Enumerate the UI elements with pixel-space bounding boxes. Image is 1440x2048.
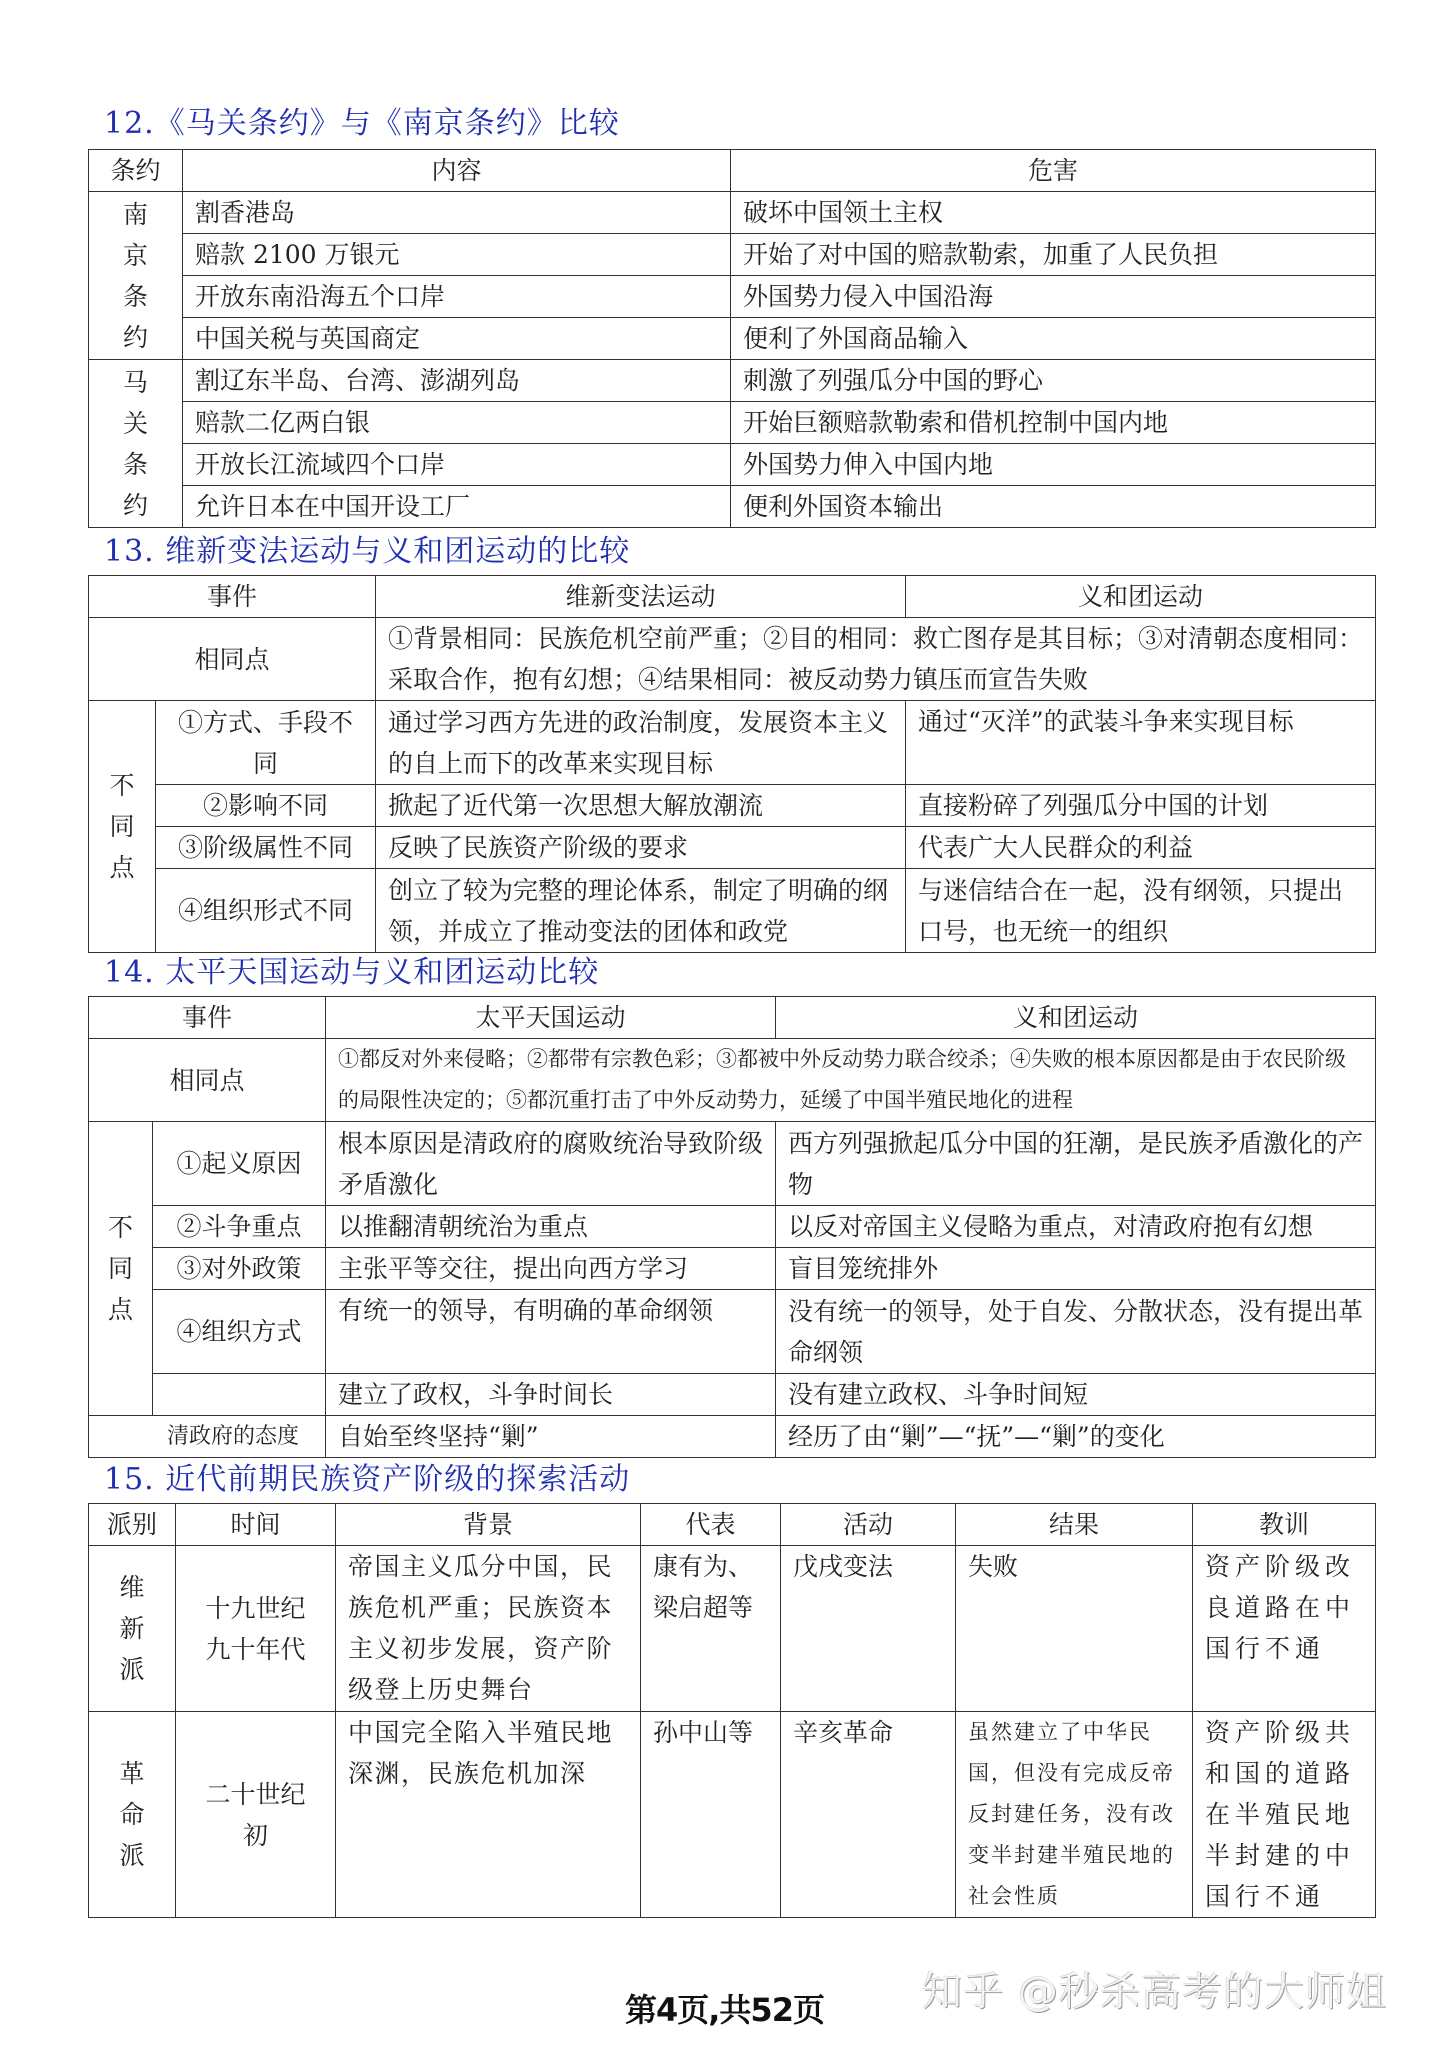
diff-points-label: 不 同 点 xyxy=(89,701,156,953)
header-event: 事件 xyxy=(89,997,326,1039)
aspect-cell: ①方式、手段不同 xyxy=(156,701,376,785)
table-row: 不 同 点 ①起义原因 根本原因是清政府的腐败统治导致阶级矛盾激化 西方列强掀起… xyxy=(89,1122,1376,1206)
section-14-title: 14. 太平天国运动与义和团运动比较 xyxy=(104,955,599,991)
content-cell: 允许日本在中国开设工厂 xyxy=(183,486,731,528)
aspect-cell: ②影响不同 xyxy=(156,785,376,827)
harm-cell: 便利了外国商品输入 xyxy=(731,318,1376,360)
boxer-cell: 西方列强掀起瓜分中国的狂潮，是民族矛盾激化的产物 xyxy=(776,1122,1376,1206)
background-cell: 中国完全陷入半殖民地深渊，民族危机加深 xyxy=(336,1712,641,1918)
aspect-cell xyxy=(153,1374,326,1416)
table-row: ④组织方式 有统一的领导，有明确的革命纲领 没有统一的领导，处于自发、分散状态，… xyxy=(89,1290,1376,1374)
header-faction: 派别 xyxy=(89,1504,176,1546)
header-reform: 维新变法运动 xyxy=(376,576,906,618)
table-row: ②影响不同 掀起了近代第一次思想大解放潮流 直接粉碎了列强瓜分中国的计划 xyxy=(89,785,1376,827)
content-cell: 割辽东半岛、台湾、澎湖列岛 xyxy=(183,360,731,402)
reform-cell: 创立了较为完整的理论体系，制定了明确的纲领，并成立了推动变法的团体和政党 xyxy=(376,869,906,953)
page-indicator: 第4页,共52页 xyxy=(625,1985,824,2031)
aspect-cell: ③对外政策 xyxy=(153,1248,326,1290)
boxer-cell: 经历了由“剿”—“抚”—“剿”的变化 xyxy=(776,1416,1376,1458)
taiping-vs-boxer-table: 事件 太平天国运动 义和团运动 相同点 ①都反对外来侵略；②都带有宗教色彩；③都… xyxy=(88,996,1376,1458)
content-cell: 中国关税与英国商定 xyxy=(183,318,731,360)
boxer-cell: 以反对帝国主义侵略为重点，对清政府抱有幻想 xyxy=(776,1206,1376,1248)
header-boxer: 义和团运动 xyxy=(906,576,1376,618)
table-row: ②斗争重点 以推翻清朝统治为重点 以反对帝国主义侵略为重点，对清政府抱有幻想 xyxy=(89,1206,1376,1248)
boxer-cell: 通过“灭洋”的武装斗争来实现目标 xyxy=(906,701,1376,785)
header-content: 内容 xyxy=(183,150,731,192)
faction-cell-revolutionaries: 革 命 派 xyxy=(89,1712,176,1918)
header-result: 结果 xyxy=(956,1504,1193,1546)
boxer-cell: 盲目笼统排外 xyxy=(776,1248,1376,1290)
reform-cell: 反映了民族资产阶级的要求 xyxy=(376,827,906,869)
background-cell: 帝国主义瓜分中国，民族危机严重；民族资本主义初步发展，资产阶级登上历史舞台 xyxy=(336,1546,641,1712)
time-cell: 十九世纪九十年代 xyxy=(176,1546,336,1712)
zhihu-watermark: 知乎 @秒杀高考的大师姐 xyxy=(922,1960,1387,2017)
same-points-label: 相同点 xyxy=(89,1039,326,1122)
table-row: 南 京 条 约 割香港岛 破坏中国领土主权 xyxy=(89,192,1376,234)
table-row: ③阶级属性不同 反映了民族资产阶级的要求 代表广大人民群众的利益 xyxy=(89,827,1376,869)
harm-cell: 破坏中国领土主权 xyxy=(731,192,1376,234)
same-points-label: 相同点 xyxy=(89,618,376,701)
harm-cell: 开始巨额赔款勒索和借机控制中国内地 xyxy=(731,402,1376,444)
taiping-cell: 主张平等交往，提出向西方学习 xyxy=(326,1248,776,1290)
content-cell: 赔款 2100 万银元 xyxy=(183,234,731,276)
header-background: 背景 xyxy=(336,1504,641,1546)
aspect-cell: 清政府的态度 xyxy=(89,1416,326,1458)
content-cell: 开放东南沿海五个口岸 xyxy=(183,276,731,318)
table-row: 马 关 条 约 割辽东半岛、台湾、澎湖列岛 刺激了列强瓜分中国的野心 xyxy=(89,360,1376,402)
header-harm: 危害 xyxy=(731,150,1376,192)
table-row: 清政府的态度 自始至终坚持“剿” 经历了由“剿”—“抚”—“剿”的变化 xyxy=(89,1416,1376,1458)
table-row: 相同点 ①都反对外来侵略；②都带有宗教色彩；③都被中外反动势力联合绞杀；④失败的… xyxy=(89,1039,1376,1122)
aspect-cell: ③阶级属性不同 xyxy=(156,827,376,869)
header-representative: 代表 xyxy=(641,1504,781,1546)
content-cell: 割香港岛 xyxy=(183,192,731,234)
harm-cell: 便利外国资本输出 xyxy=(731,486,1376,528)
time-cell: 二十世纪初 xyxy=(176,1712,336,1918)
harm-cell: 外国势力侵入中国沿海 xyxy=(731,276,1376,318)
taiping-cell: 自始至终坚持“剿” xyxy=(326,1416,776,1458)
representative-cell: 孙中山等 xyxy=(641,1712,781,1918)
faction-cell-reformists: 维 新 派 xyxy=(89,1546,176,1712)
section-15-title: 15. 近代前期民族资产阶级的探索活动 xyxy=(104,1462,630,1498)
table-row: 革 命 派 二十世纪初 中国完全陷入半殖民地深渊，民族危机加深 孙中山等 辛亥革… xyxy=(89,1712,1376,1918)
same-points-text: ①都反对外来侵略；②都带有宗教色彩；③都被中外反动势力联合绞杀；④失败的根本原因… xyxy=(326,1039,1376,1122)
header-boxer: 义和团运动 xyxy=(776,997,1376,1039)
reform-cell: 掀起了近代第一次思想大解放潮流 xyxy=(376,785,906,827)
boxer-cell: 与迷信结合在一起，没有纲领，只提出口号，也无统一的组织 xyxy=(906,869,1376,953)
header-lesson: 教训 xyxy=(1193,1504,1376,1546)
section-12-title: 12.《马关条约》与《南京条约》比较 xyxy=(104,106,620,142)
table-row: 不 同 点 ①方式、手段不同 通过学习西方先进的政治制度，发展资本主义的自上而下… xyxy=(89,701,1376,785)
table-row: ④组织形式不同 创立了较为完整的理论体系，制定了明确的纲领，并成立了推动变法的团… xyxy=(89,869,1376,953)
treaty-comparison-table: 条约 内容 危害 南 京 条 约 割香港岛 破坏中国领土主权 赔款 2100 万… xyxy=(88,149,1376,528)
table-row: 赔款 2100 万银元 开始了对中国的赔款勒索，加重了人民负担 xyxy=(89,234,1376,276)
table-row: 建立了政权，斗争时间长 没有建立政权、斗争时间短 xyxy=(89,1374,1376,1416)
harm-cell: 外国势力伸入中国内地 xyxy=(731,444,1376,486)
header-event: 事件 xyxy=(89,576,376,618)
taiping-cell: 以推翻清朝统治为重点 xyxy=(326,1206,776,1248)
table-row: 开放长江流域四个口岸 外国势力伸入中国内地 xyxy=(89,444,1376,486)
table-row: 允许日本在中国开设工厂 便利外国资本输出 xyxy=(89,486,1376,528)
result-cell: 虽然建立了中华民国，但没有完成反帝反封建任务，没有改变半封建半殖民地的社会性质 xyxy=(956,1712,1193,1918)
diff-points-label: 不 同 点 xyxy=(89,1122,153,1416)
taiping-cell: 有统一的领导，有明确的革命纲领 xyxy=(326,1290,776,1374)
reform-cell: 通过学习西方先进的政治制度，发展资本主义的自上而下的改革来实现目标 xyxy=(376,701,906,785)
treaty-name-maguan: 马 关 条 约 xyxy=(89,360,183,528)
table-row: 赔款二亿两白银 开始巨额赔款勒索和借机控制中国内地 xyxy=(89,402,1376,444)
aspect-cell: ④组织方式 xyxy=(153,1290,326,1374)
boxer-cell: 代表广大人民群众的利益 xyxy=(906,827,1376,869)
treaty-name-nanjing: 南 京 条 约 xyxy=(89,192,183,360)
table-row: 开放东南沿海五个口岸 外国势力侵入中国沿海 xyxy=(89,276,1376,318)
boxer-cell: 没有统一的领导，处于自发、分散状态，没有提出革命纲领 xyxy=(776,1290,1376,1374)
representative-cell: 康有为、梁启超等 xyxy=(641,1546,781,1712)
bourgeois-exploration-table: 派别 时间 背景 代表 活动 结果 教训 维 新 派 十九世纪九十年代 帝国主义… xyxy=(88,1503,1376,1918)
aspect-cell: ①起义原因 xyxy=(153,1122,326,1206)
harm-cell: 开始了对中国的赔款勒索，加重了人民负担 xyxy=(731,234,1376,276)
activity-cell: 戊戌变法 xyxy=(781,1546,956,1712)
section-13-title: 13. 维新变法运动与义和团运动的比较 xyxy=(104,534,630,570)
table-row: 相同点 ①背景相同：民族危机空前严重；②目的相同：救亡图存是其目标；③对清朝态度… xyxy=(89,618,1376,701)
boxer-cell: 没有建立政权、斗争时间短 xyxy=(776,1374,1376,1416)
same-points-text: ①背景相同：民族危机空前严重；②目的相同：救亡图存是其目标；③对清朝态度相同：采… xyxy=(376,618,1376,701)
header-taiping: 太平天国运动 xyxy=(326,997,776,1039)
aspect-cell: ④组织形式不同 xyxy=(156,869,376,953)
taiping-cell: 根本原因是清政府的腐败统治导致阶级矛盾激化 xyxy=(326,1122,776,1206)
document-page: 12.《马关条约》与《南京条约》比较 条约 内容 危害 南 京 条 约 割香港岛… xyxy=(0,0,1440,2048)
boxer-cell: 直接粉碎了列强瓜分中国的计划 xyxy=(906,785,1376,827)
activity-cell: 辛亥革命 xyxy=(781,1712,956,1918)
taiping-cell: 建立了政权，斗争时间长 xyxy=(326,1374,776,1416)
content-cell: 赔款二亿两白银 xyxy=(183,402,731,444)
content-cell: 开放长江流域四个口岸 xyxy=(183,444,731,486)
header-treaty: 条约 xyxy=(89,150,183,192)
harm-cell: 刺激了列强瓜分中国的野心 xyxy=(731,360,1376,402)
table-row: ③对外政策 主张平等交往，提出向西方学习 盲目笼统排外 xyxy=(89,1248,1376,1290)
table-row: 中国关税与英国商定 便利了外国商品输入 xyxy=(89,318,1376,360)
header-activity: 活动 xyxy=(781,1504,956,1546)
header-time: 时间 xyxy=(176,1504,336,1546)
lesson-cell: 资产阶级共和国的道路在半殖民地半封建的中国行不通 xyxy=(1193,1712,1376,1918)
aspect-cell: ②斗争重点 xyxy=(153,1206,326,1248)
reform-vs-boxer-table: 事件 维新变法运动 义和团运动 相同点 ①背景相同：民族危机空前严重；②目的相同… xyxy=(88,575,1376,953)
result-cell: 失败 xyxy=(956,1546,1193,1712)
table-row: 维 新 派 十九世纪九十年代 帝国主义瓜分中国，民族危机严重；民族资本主义初步发… xyxy=(89,1546,1376,1712)
lesson-cell: 资产阶级改良道路在中国行不通 xyxy=(1193,1546,1376,1712)
